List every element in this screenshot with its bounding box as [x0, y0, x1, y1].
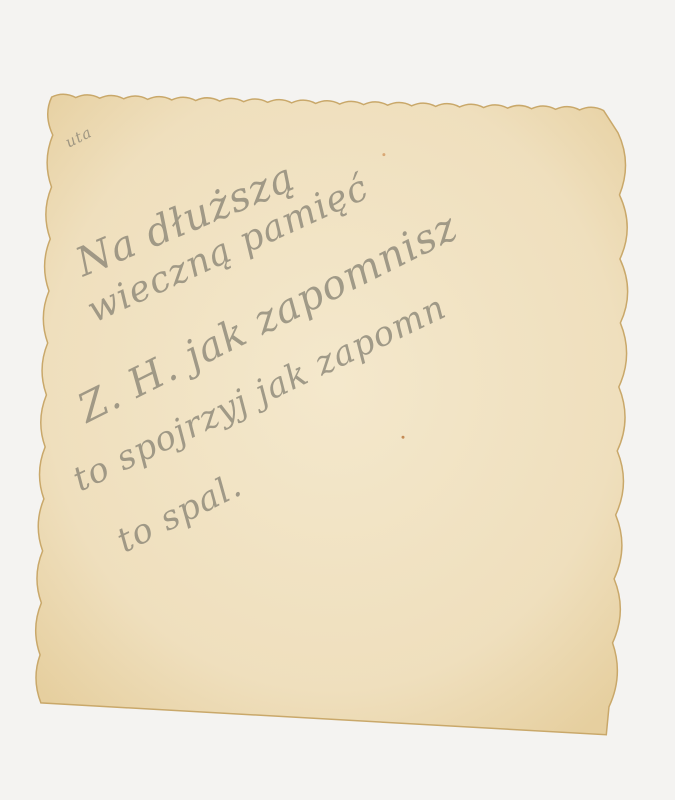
paper-card: uta Na dłuższą wieczną pamięć Z. H. jak … [28, 89, 639, 743]
stain-spot [382, 153, 385, 156]
stain-spot [401, 436, 404, 439]
